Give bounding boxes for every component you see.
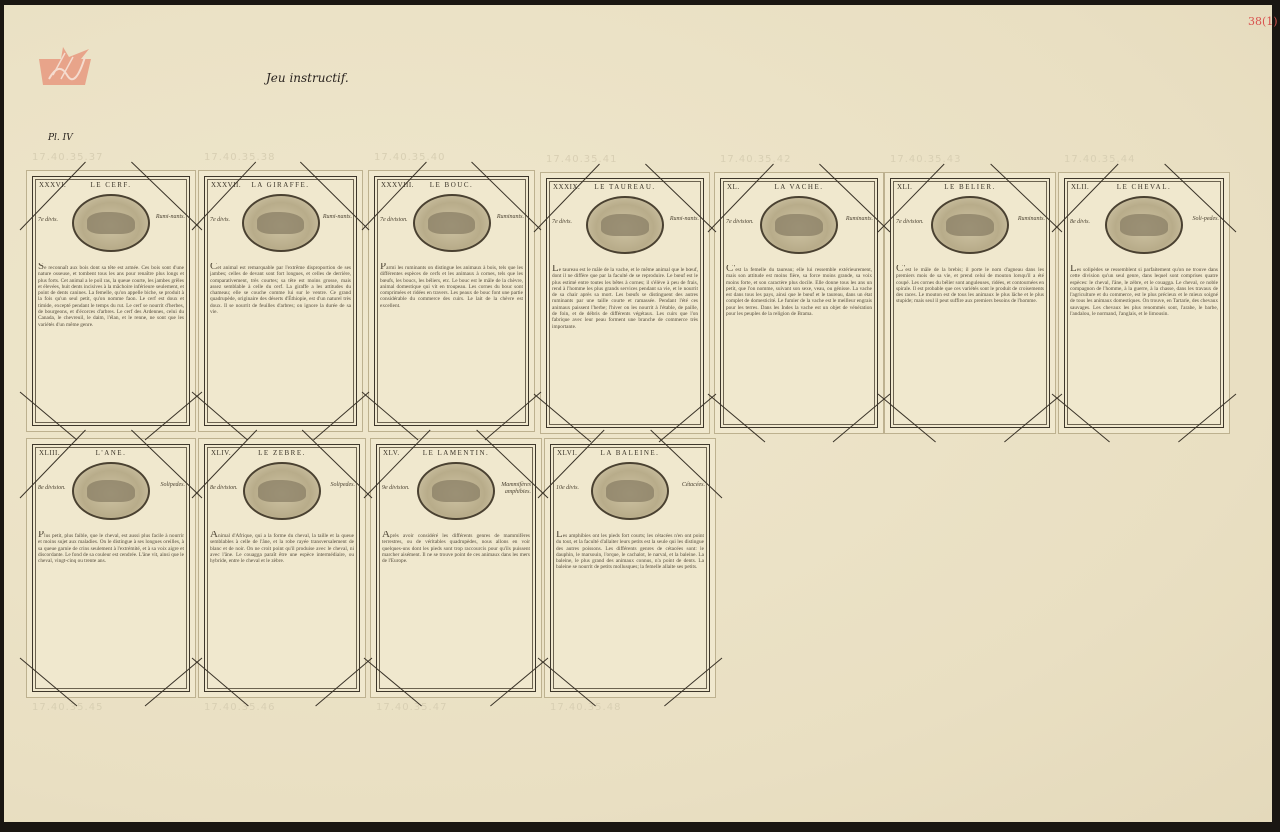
card-description: C'est le mâle de la brebis; il porte le … [896,265,1044,422]
accession-number: 17.40.35.41 [546,154,617,165]
engraving-vignette [586,196,664,254]
animal-card: XLV. LE LAMENTIN. 9e division. Mammifère… [370,438,542,698]
class-label: Mammifères amphibies. [497,482,531,496]
class-label: Soli-pedes. [1185,216,1219,223]
division-label: 7e divis. [552,219,572,225]
division-label: 10e divis. [556,485,579,491]
card-title: LE BELIER. [891,183,1049,191]
animal-card: XLIII. L'ANE. 8e division. Solipedes. Pl… [26,438,196,698]
animal-illustration-icon [257,212,304,234]
card-description: Plus petit, plus faible, que le cheval, … [38,531,184,686]
animal-card: XLIV. LE ZEBRE. 8e division. Solipedes. … [198,438,366,698]
animal-illustration-icon [87,212,134,234]
division-label: 9e division. [382,485,410,491]
animal-illustration-icon [606,480,653,502]
animal-card: XLII. LE CHEVAL. 8e divis. Soli-pedes. L… [1058,172,1230,434]
card-title: L'ANE. [33,449,189,457]
engraving-vignette [242,194,320,252]
engraving-vignette [243,462,321,520]
accession-number: 17.40.35.40 [374,152,445,163]
division-label: 8e divis. [1070,219,1090,225]
accession-number: 17.40.35.45 [32,702,103,713]
animal-card: XXXVI. LE CERF. 7e divis. Rumi-nants. Se… [26,170,196,432]
animal-card: XXXVIII. LE BOUC. 7e division. Ruminants… [368,170,535,432]
division-label: 8e division. [210,485,238,491]
division-label: 7e division. [726,219,754,225]
card-frame: XLVI. LA BALEINE. 10e divis. Cétacées. L… [550,444,710,692]
division-label: 7e division. [896,219,924,225]
card-description: Parmi les ruminants on distingue les ani… [380,263,523,420]
engraving-vignette [417,462,495,520]
class-label: Ruminants. [839,216,873,223]
card-description: C'est la femelle du taureau; elle lui re… [726,265,872,422]
animal-illustration-icon [775,214,822,236]
card-description: Animal d'Afrique, qui a la forme du chev… [210,531,354,686]
card-title: LE BOUC. [375,181,528,189]
division-label: 7e divis. [38,217,58,223]
engraving-vignette [760,196,838,254]
card-title: LE CERF. [33,181,189,189]
animal-card: XL. LA VACHE. 7e division. Ruminants. C'… [714,172,884,434]
card-description: Le taureau est le mâle de la vache, et l… [552,265,698,422]
card-frame: XXXVIII. LE BOUC. 7e division. Ruminants… [374,176,529,426]
card-frame: XLV. LE LAMENTIN. 9e division. Mammifère… [376,444,536,692]
animal-illustration-icon [946,214,993,236]
engraving-vignette [931,196,1009,254]
card-description: Cet animal est remarquable par l'extrême… [210,263,351,420]
class-label: Cétacées. [671,482,705,489]
card-title: LE CHEVAL. [1065,183,1223,191]
engraving-vignette [72,462,150,520]
class-label: Solipedes. [151,482,185,489]
card-title: LA BALEINE. [551,449,709,457]
animal-illustration-icon [1120,214,1167,236]
accession-number: 17.40.35.43 [890,154,961,165]
engraving-vignette [591,462,669,520]
animal-card: XXXIX. LE TAUREAU. 7e divis. Rumi-nants.… [540,172,710,434]
division-label: 7e divis. [210,217,230,223]
card-title: LE TAUREAU. [547,183,703,191]
animal-card: XLI. LE BELIER. 7e division. Ruminants. … [884,172,1056,434]
card-title: LE LAMENTIN. [377,449,535,457]
card-frame: XXXVI. LE CERF. 7e divis. Rumi-nants. Se… [32,176,190,426]
card-title: LA GIRAFFE. [205,181,356,189]
animal-illustration-icon [601,214,648,236]
accession-number: 17.40.35.47 [376,702,447,713]
class-label: Ruminants. [490,214,524,221]
class-label: Rumi-nants. [665,216,699,223]
collection-stamp-icon [39,45,95,89]
class-label: Solipedes. [321,482,355,489]
card-title: LA VACHE. [721,183,877,191]
accession-number: 17.40.35.37 [32,152,103,163]
accession-number: 17.40.35.48 [550,702,621,713]
accession-number: 17.40.35.44 [1064,154,1135,165]
card-frame: XLI. LE BELIER. 7e division. Ruminants. … [890,178,1050,428]
class-label: Rumi-nants. [318,214,352,221]
card-frame: XLIV. LE ZEBRE. 8e division. Solipedes. … [204,444,360,692]
division-label: 8e division. [38,485,66,491]
class-label: Ruminants. [1011,216,1045,223]
card-frame: XLII. LE CHEVAL. 8e divis. Soli-pedes. L… [1064,178,1224,428]
card-description: Les amphibies ont les pieds fort courts;… [556,531,704,686]
division-label: 7e division. [380,217,408,223]
animal-illustration-icon [87,480,134,502]
card-description: Après avoir considéré les différents gen… [382,531,530,686]
animal-card: XXXVII. LA GIRAFFE. 7e divis. Rumi-nants… [198,170,363,432]
engraving-vignette [413,194,491,252]
card-title: LE ZEBRE. [205,449,359,457]
animal-illustration-icon [258,480,305,502]
handwritten-title: Jeu instructif. [266,71,349,85]
card-frame: XLIII. L'ANE. 8e division. Solipedes. Pl… [32,444,190,692]
accession-number: 17.40.35.38 [204,152,275,163]
card-frame: XL. LA VACHE. 7e division. Ruminants. C'… [720,178,878,428]
engraving-vignette [72,194,150,252]
plate-label: Pl. IV [48,133,73,143]
animal-illustration-icon [432,480,479,502]
class-label: Rumi-nants. [151,214,185,221]
engraving-vignette [1105,196,1183,254]
card-description: Se reconnaît aux bois dont sa tête est a… [38,263,184,420]
animal-illustration-icon [428,212,475,234]
folio-number: 38(1) [1248,15,1278,28]
card-description: Les solipèdes se ressemblent si parfaite… [1070,265,1218,422]
accession-number: 17.40.35.46 [204,702,275,713]
card-frame: XXXIX. LE TAUREAU. 7e divis. Rumi-nants.… [546,178,704,428]
card-frame: XXXVII. LA GIRAFFE. 7e divis. Rumi-nants… [204,176,357,426]
animal-card: XLVI. LA BALEINE. 10e divis. Cétacées. L… [544,438,716,698]
accession-number: 17.40.35.42 [720,154,791,165]
